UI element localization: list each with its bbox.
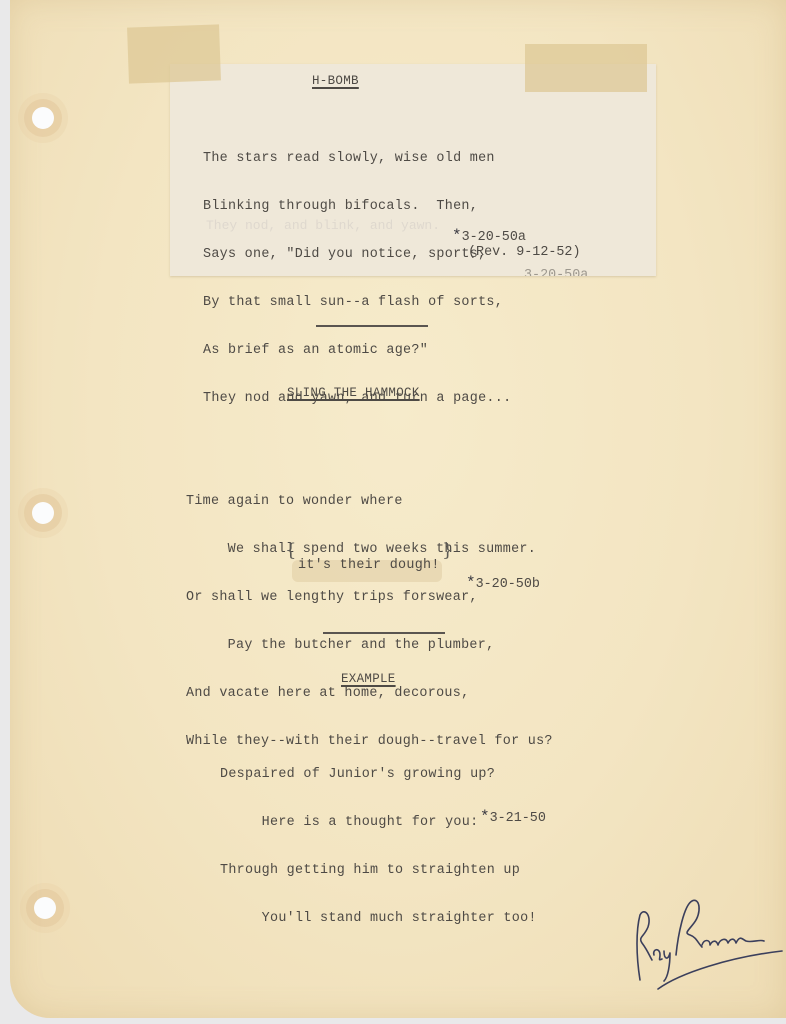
bracket-right: } bbox=[442, 540, 453, 561]
poem-correction: it's their dough! bbox=[298, 558, 440, 574]
binder-hole-top bbox=[32, 107, 54, 129]
poem-line: And vacate here at home, decorous, bbox=[186, 686, 553, 702]
poem-h-bomb-date: *3-20-50a bbox=[452, 227, 526, 245]
poem-line: Blinking through bifocals. Then, bbox=[203, 199, 511, 215]
signature bbox=[630, 885, 786, 1000]
poem-line: Says one, "Did you notice, sports, bbox=[203, 247, 511, 263]
poem-line: Despaired of Junior's growing up? bbox=[220, 767, 537, 783]
poem-example-body: Despaired of Junior's growing up? Here i… bbox=[220, 735, 537, 959]
poem-line: We shall spend two weeks this summer. bbox=[186, 542, 553, 558]
section-divider bbox=[316, 325, 428, 327]
poem-line: The stars read slowly, wise old men bbox=[203, 151, 511, 167]
section-divider bbox=[323, 632, 445, 634]
poem-title-h-bomb: H-BOMB bbox=[312, 74, 359, 88]
bracket-left: { bbox=[285, 540, 296, 561]
asterisk-icon: * bbox=[466, 574, 476, 592]
poem-title-example: EXAMPLE bbox=[341, 672, 396, 686]
asterisk-icon: * bbox=[480, 808, 490, 826]
tape-right bbox=[525, 44, 647, 92]
signature-icon bbox=[630, 885, 786, 995]
poem-line: Time again to wonder where bbox=[186, 494, 553, 510]
poem-title-sling-the-hammock: SLING THE HAMMOCK bbox=[287, 386, 420, 400]
tape-left bbox=[127, 24, 221, 83]
binder-hole-middle bbox=[32, 502, 54, 524]
poem-line: Through getting him to straighten up bbox=[220, 863, 537, 879]
asterisk-icon: * bbox=[452, 227, 462, 245]
manuscript-page: H-BOMB They nod, and blink, and yawn. Th… bbox=[10, 0, 786, 1018]
poem-example-date: *3-21-50 bbox=[480, 808, 546, 826]
underlying-date: 3-20-50a bbox=[524, 268, 588, 276]
poem-sling-the-hammock-body: Time again to wonder where We shall spen… bbox=[186, 462, 553, 782]
poem-line: As brief as an atomic age?" bbox=[203, 343, 511, 359]
binder-hole-bottom bbox=[34, 897, 56, 919]
poem-line: You'll stand much straighter too! bbox=[220, 911, 537, 927]
poem-sling-the-hammock-date: *3-20-50b bbox=[466, 574, 540, 592]
poem-line: By that small sun--a flash of sorts, bbox=[203, 295, 511, 311]
poem-h-bomb-revision: (Rev. 9-12-52) bbox=[468, 245, 581, 260]
poem-line: Or shall we lengthy trips forswear, bbox=[186, 590, 553, 606]
poem-line: Pay the butcher and the plumber, bbox=[186, 638, 553, 654]
